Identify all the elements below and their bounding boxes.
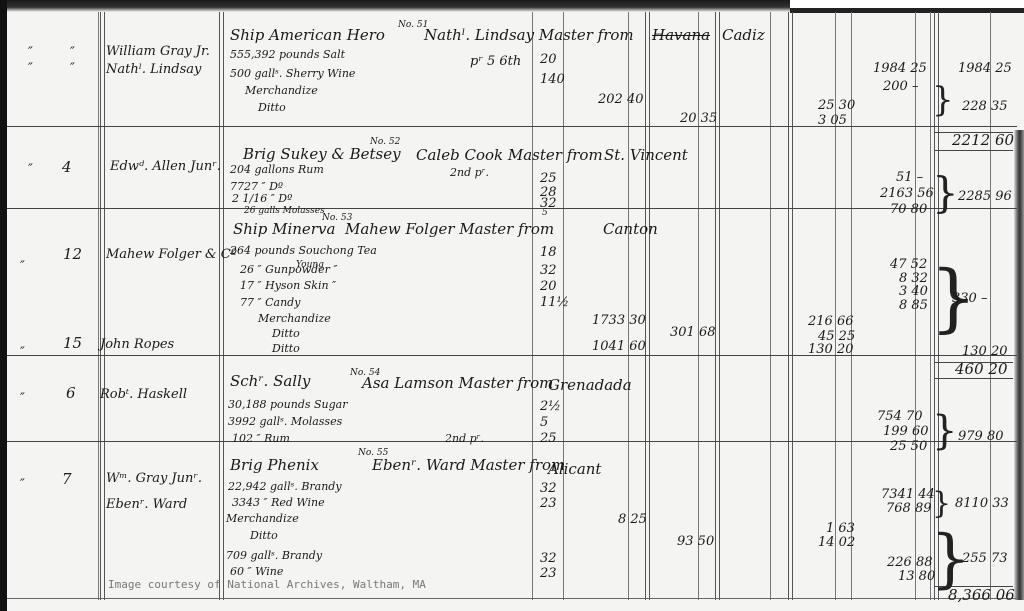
origin-port: Alicant [548, 462, 601, 476]
column-rule [698, 12, 699, 600]
ditto-mark: ″ [28, 46, 33, 60]
amount: 301 68 [670, 326, 716, 340]
master-line: Mahew Folger Master from [345, 222, 554, 236]
column-rule [219, 12, 224, 600]
importer-name: John Ropes [100, 338, 174, 352]
goods-line: 60 ″ Wine [230, 565, 283, 579]
vessel-name: Brig Phenix [230, 458, 319, 472]
rate: 5 [540, 416, 548, 430]
duty-amount: 70 80 [890, 203, 927, 217]
total-rule [935, 150, 1013, 151]
ditto-mark: ″ [20, 478, 25, 492]
origin-struck: Havana [652, 28, 710, 42]
entry-separator [7, 441, 1017, 442]
duty-amount: 47 52 [890, 258, 927, 272]
brace: } [932, 486, 951, 521]
brace: } [932, 80, 954, 120]
goods-line: Ditto [272, 327, 300, 341]
entry-total: 460 20 [955, 362, 1008, 376]
duty-amount: 2163 56 [880, 187, 934, 201]
duty-amount: 1984 25 [873, 62, 927, 76]
day-mark: ″ [70, 62, 75, 76]
importer-name: Wᵐ. Gray Junʳ. [106, 472, 202, 486]
importer-name: William Gray Jr. [106, 45, 210, 59]
master-line: Caleb Cook Master from [416, 148, 603, 162]
importer-name: Edwᵈ. Allen Junʳ. [110, 160, 221, 174]
duty-amount: 8 85 [899, 299, 928, 313]
amount: 130 20 [808, 343, 854, 357]
importer-name: Mahew Folger & Cº [106, 248, 237, 262]
column-rule [770, 12, 771, 600]
column-rule [715, 12, 720, 600]
entry-separator [7, 208, 1017, 209]
amount: 1041 60 [592, 340, 646, 354]
brace: } [932, 168, 959, 217]
rate: 5 [542, 206, 548, 220]
goods-line: 709 gallˢ. Brandy [226, 549, 322, 563]
origin-port: Grenadada [548, 378, 632, 392]
duty-amount: 199 60 [883, 425, 929, 439]
day-mark: ″ [70, 46, 75, 60]
duty-amount: 200 – [883, 80, 918, 94]
ditto-mark: ″ [20, 346, 25, 360]
subtotal: 2285 96 [958, 190, 1012, 204]
day-number: 15 [63, 336, 82, 350]
subtotal: 255 73 [962, 552, 1008, 566]
goods-line: 77 ″ Candy [240, 296, 300, 310]
goods-line: 204 gallons Rum [230, 163, 324, 177]
amount: 93 50 [677, 535, 714, 549]
rate: 23 [540, 497, 557, 511]
column-rule [788, 12, 793, 600]
goods-line: 500 gallˢ. Sherry Wine [230, 67, 355, 81]
goods-line: Merchandize [258, 312, 331, 326]
goods-line: 26 galls Molasses [244, 204, 325, 218]
amount: 3 05 [818, 114, 847, 128]
master-line: Asa Lamson Master from [362, 376, 553, 390]
goods-line: 30,188 pounds Sugar [228, 398, 347, 412]
subtotal: 330 – [952, 292, 987, 306]
binding-edge [1014, 130, 1024, 600]
rate: 20 [540, 53, 557, 67]
amount: 216 66 [808, 315, 854, 329]
subtotal: 979 80 [958, 430, 1004, 444]
rate: 18 [540, 246, 557, 260]
duty-amount: 754 70 [877, 410, 923, 424]
note: 2nd pʳ. [445, 432, 484, 446]
subtotal: 228 35 [962, 100, 1008, 114]
day-number: 4 [62, 160, 72, 174]
goods-line: 3992 gallˢ. Molasses [228, 415, 342, 429]
note: 2nd pʳ. [450, 166, 489, 180]
page-bottom-rule [7, 598, 1017, 599]
amount: 8 25 [618, 513, 647, 527]
rate: 140 [540, 73, 565, 87]
rate: 25 [540, 172, 557, 186]
origin-port: Canton [603, 222, 658, 236]
subtotal: 1984 25 [958, 62, 1012, 76]
importer-name: Robᵗ. Haskell [100, 388, 187, 402]
duty-amount: 226 88 [887, 556, 933, 570]
page-left-shadow [0, 0, 7, 611]
duty-amount: 25 50 [890, 440, 927, 454]
vessel-name: Brig Sukey & Betsey [243, 147, 401, 161]
goods-line: 102 ″ Rum [232, 432, 290, 446]
goods-line: Ditto [258, 101, 286, 115]
goods-line: 264 pounds Souchong Tea [230, 244, 377, 258]
goods-line: Ditto [272, 342, 300, 356]
amount: 25 30 [818, 99, 855, 113]
entry-separator [7, 126, 1017, 127]
rate: 11½ [540, 296, 569, 310]
entry-total: 8,366 06 [948, 588, 1015, 602]
page-top-shadow-right [790, 8, 1024, 13]
goods-line: Ditto [250, 529, 278, 543]
amount: 1733 30 [592, 314, 646, 328]
rate: 32 [540, 264, 557, 278]
goods-line: 555,392 pounds Salt [230, 48, 345, 62]
origin-port: St. Vincent [604, 148, 688, 162]
total-rule [935, 378, 1013, 379]
amount: 20 35 [680, 112, 717, 126]
rate: 20 [540, 280, 557, 294]
amount: 202 40 [598, 93, 644, 107]
importer-name: Ebenʳ. Ward [106, 498, 187, 512]
subtotal: 8110 33 [955, 497, 1009, 511]
amount: 14 02 [818, 536, 855, 550]
rate: 25 [540, 432, 557, 446]
entry-number: No. 52 [370, 135, 400, 149]
ditto-mark: ″ [20, 260, 25, 274]
day-number: 7 [62, 472, 72, 486]
rate: 32 [540, 482, 557, 496]
goods-line: Merchandize [226, 512, 299, 526]
goods-line: 26 ″ Gunpowder ″ [240, 263, 338, 277]
ledger-page: ″ ″ ″ ″ William Gray Jr. Nathˡ. Lindsay … [0, 0, 1024, 611]
ditto-mark: ″ [20, 392, 25, 406]
image-credit: Image courtesy of National Archives, Wal… [108, 578, 426, 591]
origin-port: Cadiz [722, 28, 765, 42]
duty-amount: 51 – [896, 171, 923, 185]
vessel-name: Ship American Hero [230, 28, 385, 42]
entry-separator [7, 355, 1017, 356]
master-line: Ebenʳ. Ward Master from [372, 458, 565, 472]
column-rule [100, 12, 105, 600]
brace: } [932, 408, 957, 454]
duty-amount: 3 40 [899, 285, 928, 299]
goods-line: 3343 ″ Red Wine [232, 496, 325, 510]
subtotal: 130 20 [962, 345, 1008, 359]
rate: 32 [540, 552, 557, 566]
importer-name: Nathˡ. Lindsay [106, 63, 201, 77]
ditto-mark: ″ [28, 163, 33, 177]
goods-line: 22,942 gallˢ. Brandy [228, 480, 342, 494]
goods-line: 17 ″ Hyson Skin ″ [240, 279, 336, 293]
master-line: Nathˡ. Lindsay Master from [424, 28, 634, 42]
day-number: 12 [63, 247, 82, 261]
duty-amount: 7341 44 [881, 488, 935, 502]
rate: 2½ [540, 400, 561, 414]
amount: 1 63 [826, 522, 855, 536]
ditto-mark: ″ [28, 62, 33, 76]
vessel-name: Ship Minerva [233, 222, 335, 236]
column-rule [98, 12, 99, 600]
column-rule [532, 12, 533, 600]
goods-line: Merchandize [245, 84, 318, 98]
rate: 23 [540, 567, 557, 581]
duty-amount: 768 89 [886, 502, 932, 516]
entry-total: 2212 60 [952, 133, 1014, 147]
vessel-name: Schʳ. Sally [230, 374, 310, 388]
day-number: 6 [66, 386, 76, 400]
note: pʳ 5 6th [470, 55, 521, 69]
